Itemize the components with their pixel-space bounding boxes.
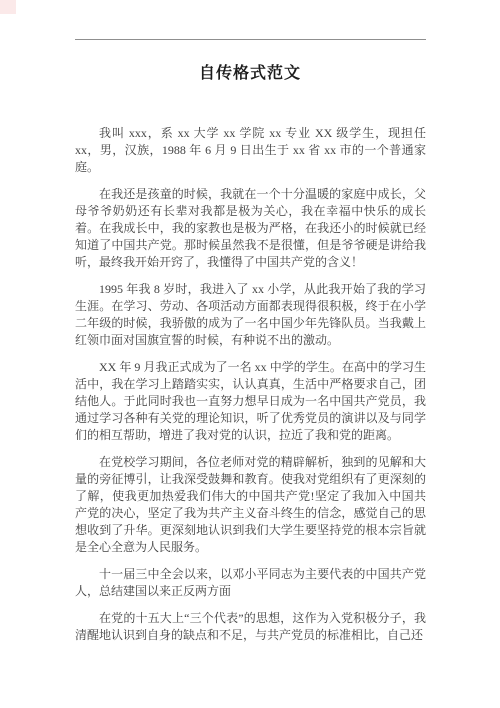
paragraph: 在党的十五大上“三个代表”的思想，这作为入党积极分子，我清醒地认识到自身的缺点和… bbox=[75, 610, 426, 644]
paragraph: 我叫 xxx，系 xx 大学 xx 学院 xx 专业 XX 级学生，现担任 xx… bbox=[75, 125, 426, 176]
paragraph: 1995 年我 8 岁时，我进入了 xx 小学，从此我开始了我的学习生涯。在学习… bbox=[75, 281, 426, 349]
paragraph: 在我还是孩童的时候，我就在一个十分温暖的家庭中成长，父母爷爷奶奶还有长辈对我都是… bbox=[75, 186, 426, 271]
corner-mark bbox=[0, 0, 16, 14]
header-divider bbox=[75, 39, 426, 40]
document-body: 我叫 xxx，系 xx 大学 xx 学院 xx 专业 XX 级学生，现担任 xx… bbox=[75, 125, 426, 654]
paragraph: XX 年 9 月我正式成为了一名 xx 中学的学生。在高中的学习生活中，我在学习… bbox=[75, 359, 426, 444]
document-title: 自传格式范文 bbox=[0, 60, 500, 83]
paragraph: 十一届三中全会以来，以邓小平同志为主要代表的中国共产党人，总结建国以来正反两方面 bbox=[75, 566, 426, 600]
document-page: 自传格式范文 我叫 xxx，系 xx 大学 xx 学院 xx 专业 XX 级学生… bbox=[0, 0, 500, 708]
paragraph: 在党校学习期间，各位老师对党的精辟解析，独到的见解和大量的旁征博引，让我深受鼓舞… bbox=[75, 454, 426, 556]
